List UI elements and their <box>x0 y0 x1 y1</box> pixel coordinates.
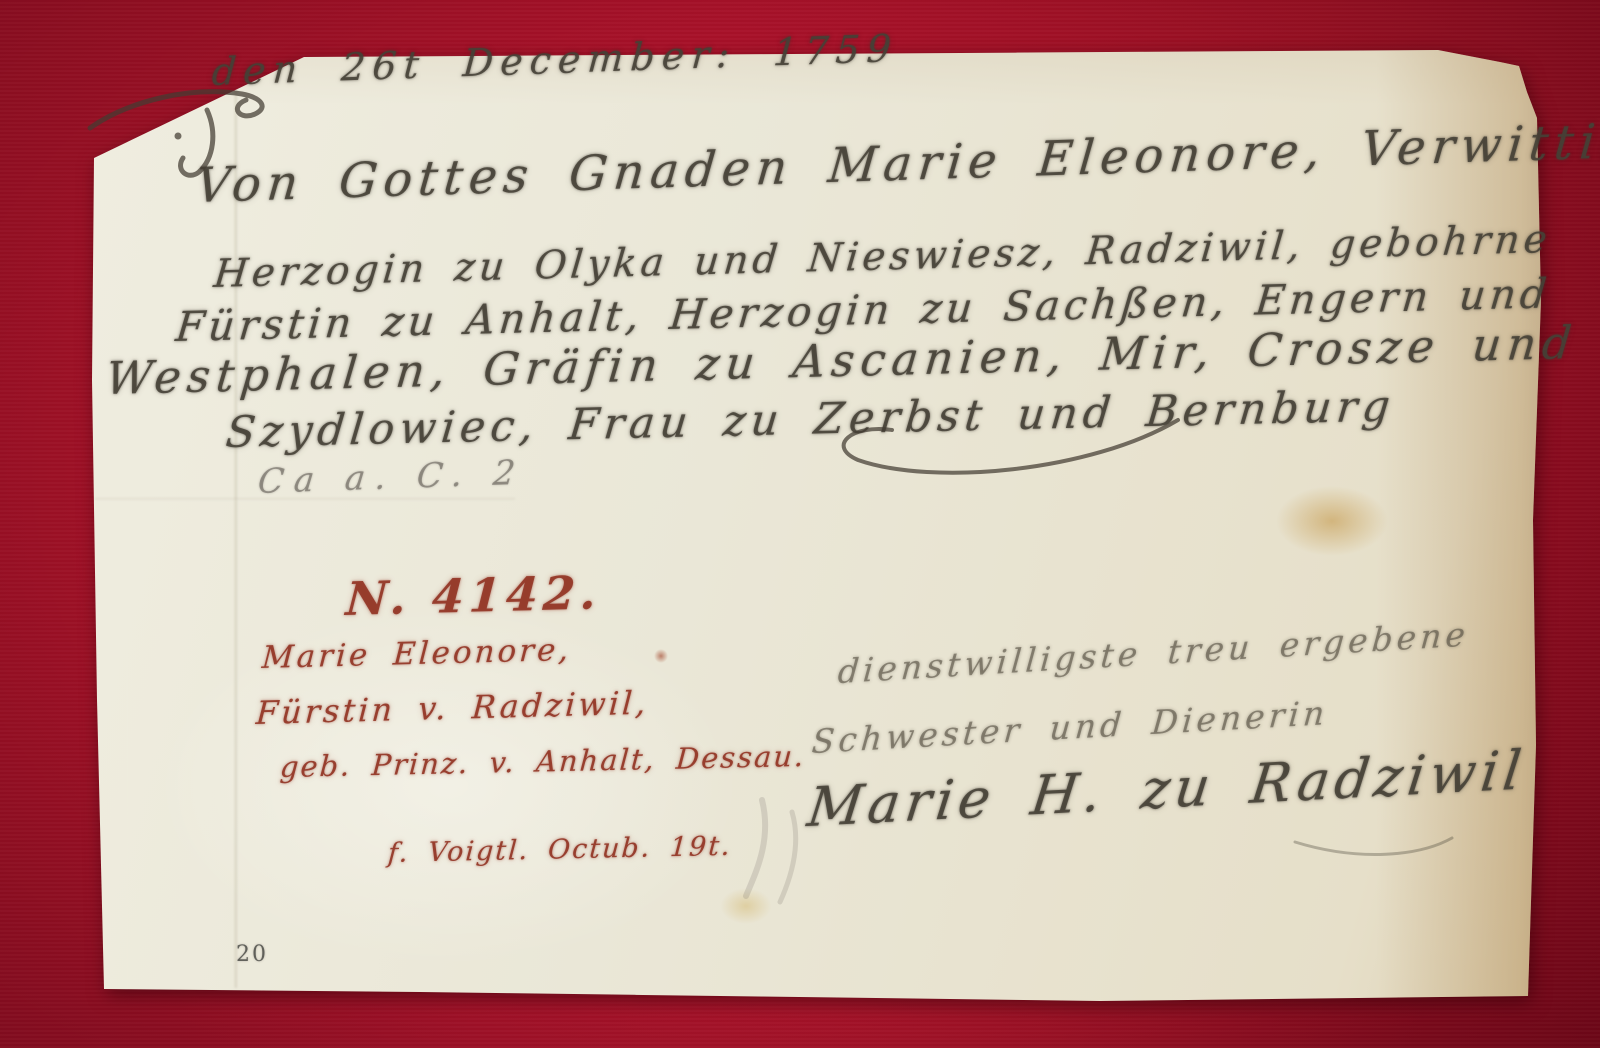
photograph-of-manuscript: den 26t December: 1759 Von Gottes Gnaden… <box>0 0 1600 1048</box>
catalog-number: N. 4142. <box>344 565 602 626</box>
page-number: 20 <box>236 942 268 967</box>
